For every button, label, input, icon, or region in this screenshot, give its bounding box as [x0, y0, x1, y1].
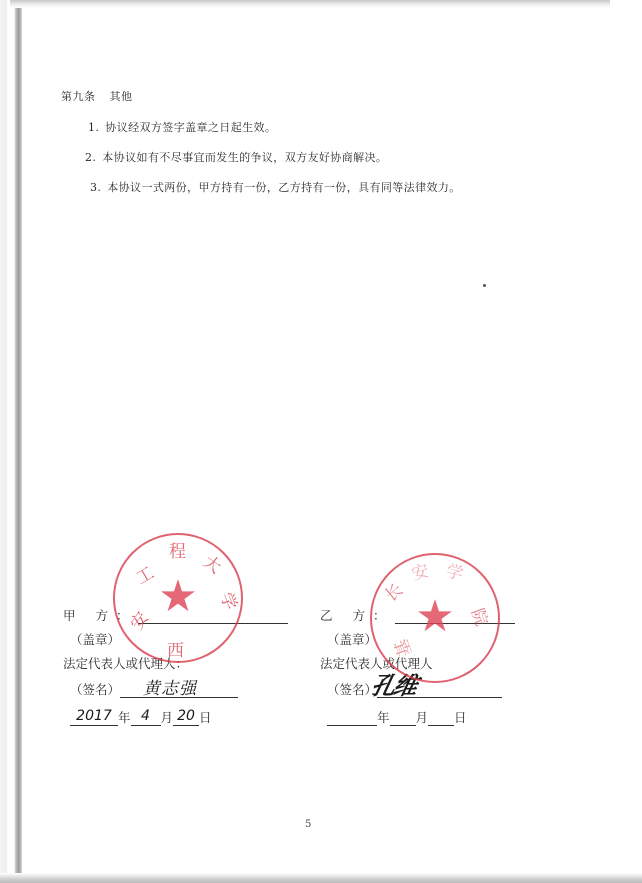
clause-text: 协议经双方签字盖章之日起生效。	[105, 121, 276, 134]
party-b-name-row: 乙 方：	[320, 606, 515, 624]
party-a-name-row: 甲 方：	[63, 606, 288, 624]
party-b-date-row: 年月日	[327, 708, 467, 726]
party-b-date-year	[327, 708, 377, 726]
clause-2: 2.本协议如有不尽事宜而发生的争议，双方友好协商解决。	[85, 149, 387, 165]
party-a-date-day: 20	[173, 708, 199, 726]
year-suffix: 年	[118, 708, 131, 726]
clause-number: 2.	[85, 151, 96, 164]
party-a-sign-label: （签名）	[70, 682, 120, 697]
day-suffix: 日	[199, 708, 212, 726]
scan-left-edge-shadow	[0, 0, 22, 883]
party-a-date-month: 4	[131, 708, 161, 726]
day-suffix: 日	[454, 708, 467, 726]
article-number: 第九条	[61, 90, 96, 103]
party-b-label: 乙 方：	[320, 608, 393, 623]
month-suffix: 月	[416, 708, 429, 726]
party-a-signature: 黄志强	[143, 674, 197, 699]
party-a-date-year: 2017	[70, 708, 118, 726]
party-a-rep-label: 法定代表人或代理人：	[63, 654, 188, 672]
clause-text: 本协议如有不尽事宜而发生的争议，双方友好协商解决。	[102, 151, 387, 164]
party-a-seal-label: （盖章）	[70, 630, 120, 648]
party-b-date-day	[428, 708, 454, 726]
clause-number: 1.	[88, 121, 99, 134]
scan-speck	[483, 284, 486, 287]
party-b-date-month	[390, 708, 416, 726]
party-b-signature: 孔维	[368, 666, 419, 701]
scan-bottom-edge-shadow	[0, 873, 642, 883]
party-a-name-line	[138, 607, 288, 624]
party-a-date-row: 2017年4月20日	[70, 708, 212, 726]
article-title: 其他	[110, 90, 133, 103]
page-number: 5	[305, 819, 311, 830]
scanned-page: 第九条其他 1.协议经双方签字盖章之日起生效。 2.本协议如有不尽事宜而发生的争…	[0, 0, 642, 883]
clause-number: 3.	[90, 181, 101, 194]
clause-1: 1.协议经双方签字盖章之日起生效。	[88, 119, 276, 135]
year-suffix: 年	[377, 708, 390, 726]
clause-text: 本协议一式两份，甲方持有一份，乙方持有一份，具有同等法律效力。	[107, 181, 460, 194]
clause-3: 3.本协议一式两份，甲方持有一份，乙方持有一份，具有同等法律效力。	[90, 179, 461, 195]
document-page: 第九条其他 1.协议经双方签字盖章之日起生效。 2.本协议如有不尽事宜而发生的争…	[22, 8, 622, 873]
party-a-label: 甲 方：	[63, 608, 136, 623]
party-b-seal-label: （盖章）	[327, 630, 377, 648]
month-suffix: 月	[161, 708, 174, 726]
party-b-name-line	[395, 607, 515, 624]
scan-top-edge-shadow	[10, 0, 610, 8]
article-heading: 第九条其他	[61, 88, 133, 104]
